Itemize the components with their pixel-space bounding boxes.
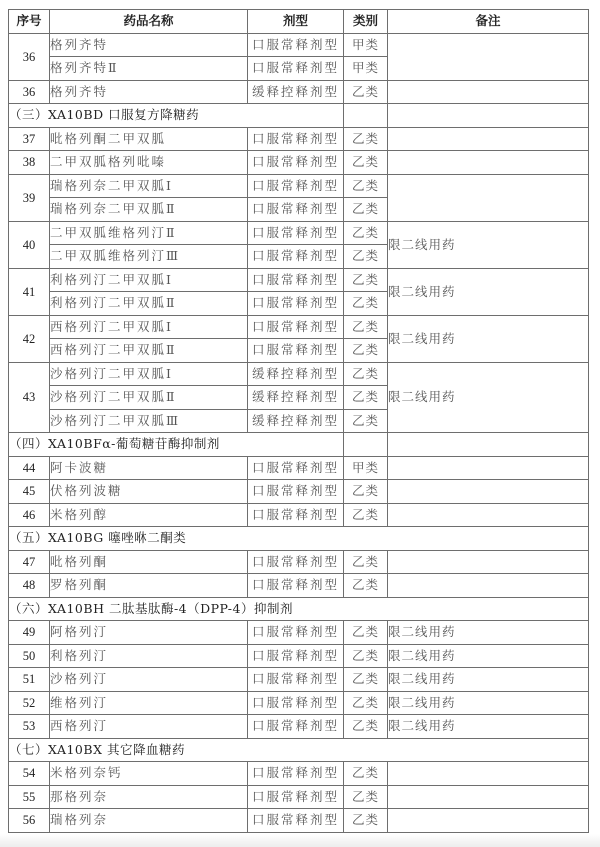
section-empty-remarks-cell	[388, 433, 589, 457]
remarks-cell: 限二线用药	[388, 221, 589, 268]
table-row: 36格列齐特口服常释剂型甲类	[9, 33, 589, 57]
table-row: 45伏格列波糖口服常释剂型乙类	[9, 480, 589, 504]
remarks-cell	[388, 33, 589, 80]
dosage-form-cell: 口服常释剂型	[248, 621, 344, 645]
category-cell: 乙类	[344, 785, 388, 809]
drug-name-cell: 沙格列汀二甲双胍Ⅰ	[50, 362, 248, 386]
category-cell: 乙类	[344, 668, 388, 692]
section-header-row: （七）XA10BX 其它降血糖药	[9, 738, 589, 762]
dosage-form-cell: 口服常释剂型	[248, 127, 344, 151]
serial-no-cell: 53	[9, 715, 50, 739]
drug-name-cell: 维格列汀	[50, 691, 248, 715]
drug-name-cell: 瑞格列奈二甲双胍Ⅱ	[50, 198, 248, 222]
remarks-cell: 限二线用药	[388, 691, 589, 715]
remarks-cell: 限二线用药	[388, 715, 589, 739]
table-row: 38二甲双胍格列吡嗪口服常释剂型乙类	[9, 151, 589, 175]
table-row: 53西格列汀口服常释剂型乙类限二线用药	[9, 715, 589, 739]
section-title: （四）XA10BFα-葡萄糖苷酶抑制剂	[9, 433, 344, 457]
remarks-cell: 限二线用药	[388, 644, 589, 668]
category-cell: 乙类	[344, 386, 388, 410]
table-header-row: 序号 药品名称 剂型 类别 备注	[9, 10, 589, 34]
drug-name-cell: 吡格列酮	[50, 550, 248, 574]
category-cell: 甲类	[344, 33, 388, 57]
remarks-cell	[388, 480, 589, 504]
header-category: 类别	[344, 10, 388, 34]
category-cell: 甲类	[344, 456, 388, 480]
dosage-form-cell: 口服常释剂型	[248, 668, 344, 692]
section-header-row: （六）XA10BH 二肽基肽酶-4（DPP-4）抑制剂	[9, 597, 589, 621]
remarks-cell	[388, 574, 589, 598]
category-cell: 乙类	[344, 339, 388, 363]
category-cell: 乙类	[344, 198, 388, 222]
remarks-cell	[388, 809, 589, 833]
header-serial-no: 序号	[9, 10, 50, 34]
dosage-form-cell: 口服常释剂型	[248, 198, 344, 222]
remarks-cell	[388, 174, 589, 221]
category-cell: 乙类	[344, 268, 388, 292]
category-cell: 甲类	[344, 57, 388, 81]
serial-no-cell: 48	[9, 574, 50, 598]
table-row: 40二甲双胍维格列汀Ⅱ口服常释剂型乙类限二线用药	[9, 221, 589, 245]
serial-no-cell: 49	[9, 621, 50, 645]
category-cell: 乙类	[344, 621, 388, 645]
section-title: （六）XA10BH 二肽基肽酶-4（DPP-4）抑制剂	[9, 597, 589, 621]
serial-no-cell: 56	[9, 809, 50, 833]
category-cell: 乙类	[344, 362, 388, 386]
header-drug-name: 药品名称	[50, 10, 248, 34]
table-row: 46米格列醇口服常释剂型乙类	[9, 503, 589, 527]
drug-name-cell: 利格列汀二甲双胍Ⅱ	[50, 292, 248, 316]
serial-no-cell: 41	[9, 268, 50, 315]
dosage-form-cell: 口服常释剂型	[248, 339, 344, 363]
category-cell: 乙类	[344, 221, 388, 245]
table-row: 54米格列奈钙口服常释剂型乙类	[9, 762, 589, 786]
remarks-cell	[388, 550, 589, 574]
dosage-form-cell: 缓释控释剂型	[248, 80, 344, 104]
category-cell: 乙类	[344, 503, 388, 527]
drug-name-cell: 西格列汀二甲双胍Ⅱ	[50, 339, 248, 363]
drug-name-cell: 沙格列汀	[50, 668, 248, 692]
drug-name-cell: 格列齐特Ⅱ	[50, 57, 248, 81]
dosage-form-cell: 缓释控释剂型	[248, 409, 344, 433]
dosage-form-cell: 口服常释剂型	[248, 503, 344, 527]
section-empty-category-cell	[344, 433, 388, 457]
section-title: （五）XA10BG 噻唑咻二酮类	[9, 527, 589, 551]
serial-no-cell: 52	[9, 691, 50, 715]
category-cell: 乙类	[344, 809, 388, 833]
serial-no-cell: 39	[9, 174, 50, 221]
drug-name-cell: 阿卡波糖	[50, 456, 248, 480]
remarks-cell	[388, 456, 589, 480]
serial-no-cell: 51	[9, 668, 50, 692]
remarks-cell	[388, 503, 589, 527]
header-remarks: 备注	[388, 10, 589, 34]
table-row: 43沙格列汀二甲双胍Ⅰ缓释控释剂型乙类限二线用药	[9, 362, 589, 386]
drug-name-cell: 吡格列酮二甲双胍	[50, 127, 248, 151]
dosage-form-cell: 口服常释剂型	[248, 33, 344, 57]
table-row: 51沙格列汀口服常释剂型乙类限二线用药	[9, 668, 589, 692]
category-cell: 乙类	[344, 762, 388, 786]
section-header-row: （四）XA10BFα-葡萄糖苷酶抑制剂	[9, 433, 589, 457]
serial-no-cell: 36	[9, 80, 50, 104]
drug-list-table: 序号 药品名称 剂型 类别 备注 36格列齐特口服常释剂型甲类格列齐特Ⅱ口服常释…	[8, 9, 589, 833]
category-cell: 乙类	[344, 315, 388, 339]
drug-name-cell: 瑞格列奈	[50, 809, 248, 833]
category-cell: 乙类	[344, 409, 388, 433]
dosage-form-cell: 口服常释剂型	[248, 785, 344, 809]
dosage-form-cell: 口服常释剂型	[248, 480, 344, 504]
dosage-form-cell: 口服常释剂型	[248, 221, 344, 245]
section-header-row: （五）XA10BG 噻唑咻二酮类	[9, 527, 589, 551]
drug-name-cell: 格列齐特	[50, 33, 248, 57]
drug-name-cell: 沙格列汀二甲双胍Ⅱ	[50, 386, 248, 410]
dosage-form-cell: 缓释控释剂型	[248, 386, 344, 410]
dosage-form-cell: 口服常释剂型	[248, 245, 344, 269]
drug-name-cell: 罗格列酮	[50, 574, 248, 598]
drug-name-cell: 西格列汀	[50, 715, 248, 739]
remarks-cell	[388, 151, 589, 175]
remarks-cell: 限二线用药	[388, 268, 589, 315]
category-cell: 乙类	[344, 715, 388, 739]
document-page: 序号 药品名称 剂型 类别 备注 36格列齐特口服常释剂型甲类格列齐特Ⅱ口服常释…	[8, 9, 589, 833]
dosage-form-cell: 口服常释剂型	[248, 268, 344, 292]
serial-no-cell: 50	[9, 644, 50, 668]
dosage-form-cell: 口服常释剂型	[248, 644, 344, 668]
table-row: 50利格列汀口服常释剂型乙类限二线用药	[9, 644, 589, 668]
category-cell: 乙类	[344, 174, 388, 198]
drug-name-cell: 利格列汀	[50, 644, 248, 668]
category-cell: 乙类	[344, 574, 388, 598]
drug-name-cell: 沙格列汀二甲双胍Ⅲ	[50, 409, 248, 433]
serial-no-cell: 46	[9, 503, 50, 527]
remarks-cell	[388, 762, 589, 786]
category-cell: 乙类	[344, 151, 388, 175]
header-dosage-form: 剂型	[248, 10, 344, 34]
table-body: 36格列齐特口服常释剂型甲类格列齐特Ⅱ口服常释剂型甲类36格列齐特缓释控释剂型乙…	[9, 33, 589, 832]
section-empty-category-cell	[344, 104, 388, 128]
dosage-form-cell: 口服常释剂型	[248, 550, 344, 574]
drug-name-cell: 伏格列波糖	[50, 480, 248, 504]
category-cell: 乙类	[344, 480, 388, 504]
table-row: 49阿格列汀口服常释剂型乙类限二线用药	[9, 621, 589, 645]
dosage-form-cell: 口服常释剂型	[248, 315, 344, 339]
remarks-cell: 限二线用药	[388, 668, 589, 692]
serial-no-cell: 40	[9, 221, 50, 268]
serial-no-cell: 42	[9, 315, 50, 362]
dosage-form-cell: 口服常释剂型	[248, 151, 344, 175]
remarks-cell: 限二线用药	[388, 621, 589, 645]
drug-name-cell: 瑞格列奈二甲双胍Ⅰ	[50, 174, 248, 198]
category-cell: 乙类	[344, 127, 388, 151]
table-row: 52维格列汀口服常释剂型乙类限二线用药	[9, 691, 589, 715]
category-cell: 乙类	[344, 245, 388, 269]
table-row: 41利格列汀二甲双胍Ⅰ口服常释剂型乙类限二线用药	[9, 268, 589, 292]
drug-name-cell: 利格列汀二甲双胍Ⅰ	[50, 268, 248, 292]
serial-no-cell: 44	[9, 456, 50, 480]
drug-name-cell: 米格列醇	[50, 503, 248, 527]
remarks-cell: 限二线用药	[388, 315, 589, 362]
section-empty-remarks-cell	[388, 104, 589, 128]
serial-no-cell: 55	[9, 785, 50, 809]
serial-no-cell: 37	[9, 127, 50, 151]
category-cell: 乙类	[344, 644, 388, 668]
section-title: （三）XA10BD 口服复方降糖药	[9, 104, 344, 128]
table-row: 48罗格列酮口服常释剂型乙类	[9, 574, 589, 598]
table-row: 55那格列奈口服常释剂型乙类	[9, 785, 589, 809]
serial-no-cell: 38	[9, 151, 50, 175]
dosage-form-cell: 缓释控释剂型	[248, 362, 344, 386]
drug-name-cell: 二甲双胍维格列汀Ⅱ	[50, 221, 248, 245]
table-row: 44阿卡波糖口服常释剂型甲类	[9, 456, 589, 480]
dosage-form-cell: 口服常释剂型	[248, 809, 344, 833]
table-row: 42西格列汀二甲双胍Ⅰ口服常释剂型乙类限二线用药	[9, 315, 589, 339]
drug-name-cell: 二甲双胍维格列汀Ⅲ	[50, 245, 248, 269]
section-title: （七）XA10BX 其它降血糖药	[9, 738, 589, 762]
drug-name-cell: 米格列奈钙	[50, 762, 248, 786]
table-row: 56瑞格列奈口服常释剂型乙类	[9, 809, 589, 833]
dosage-form-cell: 口服常释剂型	[248, 574, 344, 598]
remarks-cell	[388, 127, 589, 151]
drug-name-cell: 那格列奈	[50, 785, 248, 809]
dosage-form-cell: 口服常释剂型	[248, 762, 344, 786]
section-header-row: （三）XA10BD 口服复方降糖药	[9, 104, 589, 128]
dosage-form-cell: 口服常释剂型	[248, 292, 344, 316]
serial-no-cell: 36	[9, 33, 50, 80]
table-row: 37吡格列酮二甲双胍口服常释剂型乙类	[9, 127, 589, 151]
remarks-cell	[388, 785, 589, 809]
table-row: 39瑞格列奈二甲双胍Ⅰ口服常释剂型乙类	[9, 174, 589, 198]
remarks-cell: 限二线用药	[388, 362, 589, 433]
dosage-form-cell: 口服常释剂型	[248, 715, 344, 739]
dosage-form-cell: 口服常释剂型	[248, 691, 344, 715]
drug-name-cell: 阿格列汀	[50, 621, 248, 645]
category-cell: 乙类	[344, 550, 388, 574]
serial-no-cell: 43	[9, 362, 50, 433]
dosage-form-cell: 口服常释剂型	[248, 456, 344, 480]
category-cell: 乙类	[344, 691, 388, 715]
category-cell: 乙类	[344, 80, 388, 104]
drug-name-cell: 格列齐特	[50, 80, 248, 104]
dosage-form-cell: 口服常释剂型	[248, 57, 344, 81]
remarks-cell	[388, 80, 589, 104]
serial-no-cell: 45	[9, 480, 50, 504]
drug-name-cell: 二甲双胍格列吡嗪	[50, 151, 248, 175]
table-row: 47吡格列酮口服常释剂型乙类	[9, 550, 589, 574]
dosage-form-cell: 口服常释剂型	[248, 174, 344, 198]
serial-no-cell: 54	[9, 762, 50, 786]
serial-no-cell: 47	[9, 550, 50, 574]
table-row: 36格列齐特缓释控释剂型乙类	[9, 80, 589, 104]
category-cell: 乙类	[344, 292, 388, 316]
drug-name-cell: 西格列汀二甲双胍Ⅰ	[50, 315, 248, 339]
